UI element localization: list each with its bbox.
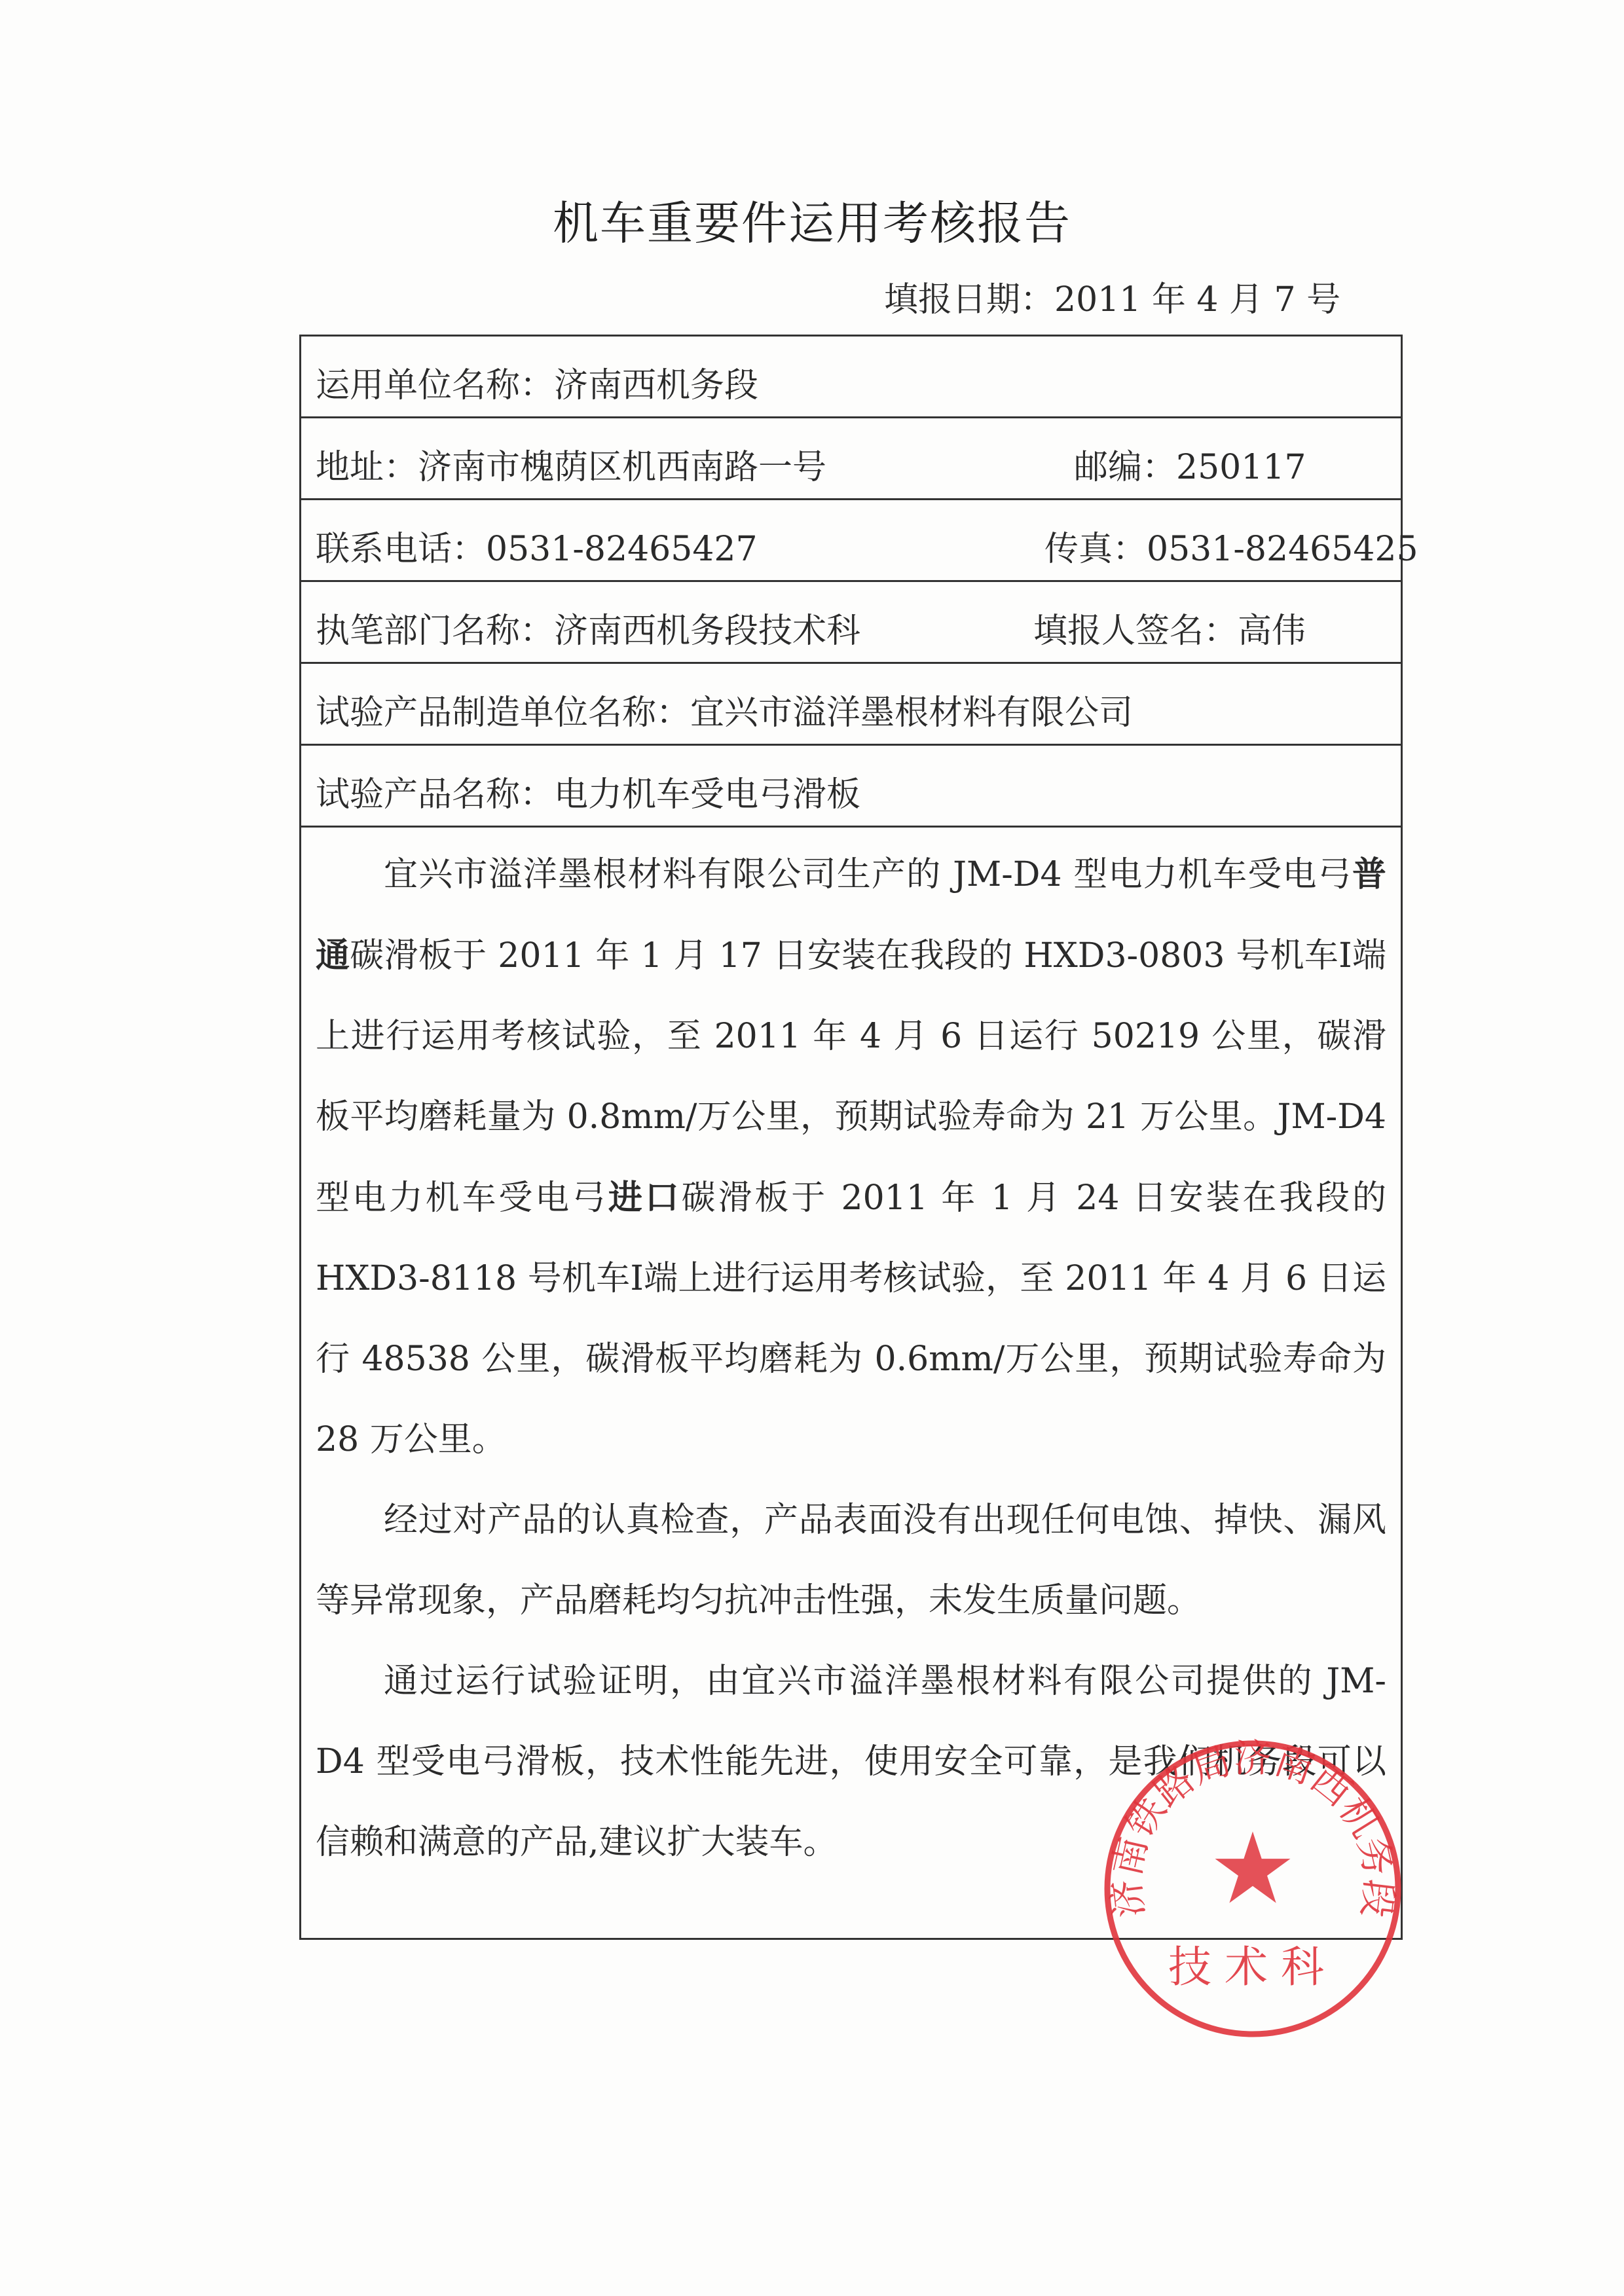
- fill-date: 填报日期：2011 年 4 月 7 号: [884, 272, 1340, 321]
- para1-part-b: 碳滑板于 2011 年 1 月 17 日安装在我段的 HXD3-0803 号机车…: [316, 936, 1386, 1218]
- address: 地址：济南市槐荫区机西南路一号: [316, 439, 826, 488]
- stamp-bottom-text: 技术科: [1168, 1942, 1337, 1992]
- report-table: 运用单位名称：济南西机务段 地址：济南市槐荫区机西南路一号 邮编：250117 …: [299, 335, 1403, 1940]
- row-address: 地址：济南市槐荫区机西南路一号 邮编：250117: [301, 418, 1401, 500]
- row-department: 执笔部门名称：济南西机务段技术科 填报人签名：高伟: [301, 582, 1401, 664]
- product-name: 试验产品名称：电力机车受电弓滑板: [316, 767, 860, 816]
- postcode: 邮编：250117: [1074, 439, 1306, 488]
- para1-bold-imported: 进口: [608, 1178, 682, 1218]
- fax: 传真：0531-82465425: [1044, 521, 1418, 570]
- report-body: 宜兴市溢洋墨根材料有限公司生产的 JM-D4 型电力机车受电弓普通碳滑板于 20…: [316, 834, 1386, 1883]
- user-unit-name: 运用单位名称：济南西机务段: [316, 357, 758, 407]
- manufacturer: 试验产品制造单位名称：宜兴市溢洋墨根材料有限公司: [316, 685, 1133, 734]
- paragraph-conclusion: 通过运行试验证明，由宜兴市溢洋墨根材料有限公司提供的 JM-D4 型受电弓滑板，…: [316, 1641, 1386, 1883]
- reporter-signature: 填报人签名：高伟: [1033, 603, 1306, 652]
- para1-part-a: 宜兴市溢洋墨根材料有限公司生产的 JM-D4 型电力机车受电弓: [384, 855, 1352, 894]
- row-phone: 联系电话：0531-82465427 传真：0531-82465425: [301, 500, 1401, 582]
- para1-part-c: 碳滑板于 2011 年 1 月 24 日安装在我段的 HXD3-8118 号机车…: [316, 1178, 1386, 1459]
- paragraph-test-results: 宜兴市溢洋墨根材料有限公司生产的 JM-D4 型电力机车受电弓普通碳滑板于 20…: [316, 834, 1386, 1480]
- department: 执笔部门名称：济南西机务段技术科: [316, 603, 860, 652]
- row-manufacturer: 试验产品制造单位名称：宜兴市溢洋墨根材料有限公司: [301, 664, 1401, 746]
- report-title: 机车重要件运用考核报告: [0, 187, 1624, 253]
- phone: 联系电话：0531-82465427: [316, 521, 758, 570]
- paragraph-inspection: 经过对产品的认真检查，产品表面没有出现任何电蚀、掉快、漏风等异常现象，产品磨耗均…: [316, 1480, 1386, 1641]
- row-product: 试验产品名称：电力机车受电弓滑板: [301, 746, 1401, 828]
- row-user-unit: 运用单位名称：济南西机务段: [301, 337, 1401, 418]
